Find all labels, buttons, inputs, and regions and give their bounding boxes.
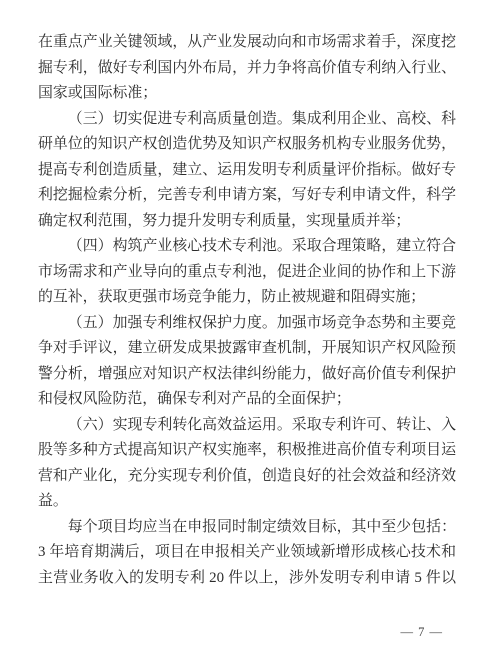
text-line: 营和产业化，充分实现专利价值，创造良好的社会效益和经济效 [38, 464, 456, 490]
text-line: 掘专利，做好专利国内外布局，并力争将高价值专利纳入行业、 [38, 56, 456, 82]
text-block: 在重点产业关键领域，从产业发展动向和市场需求着手，深度挖掘专利，做好专利国内外布… [38, 30, 456, 591]
text-line: 争对手评议，建立研发成果披露审查机制，开展知识产权风险预 [38, 336, 456, 362]
text-line: 警分析，增强应对知识产权法律纠纷能力，做好高价值专利保护 [38, 362, 456, 388]
text-line: 每个项目均应当在申报同时制定绩效目标，其中至少包括： [38, 515, 456, 541]
text-line: 益。 [38, 489, 456, 515]
text-line: （六）实现专利转化高效益运用。采取专利许可、转让、入 [38, 413, 456, 439]
item-3-paragraph: （三）切实促进专利高质量创造。集成利用企业、高校、科研单位的知识产权创造优势及知… [38, 107, 456, 235]
text-line: （三）切实促进专利高质量创造。集成利用企业、高校、科 [38, 107, 456, 133]
text-line: 提高专利创造质量，建立、运用发明专利质量评价指标。做好专 [38, 158, 456, 184]
text-line: 研单位的知识产权创造优势及知识产权服务机构专业服务优势， [38, 132, 456, 158]
performance-target-paragraph: 每个项目均应当在申报同时制定绩效目标，其中至少包括：3 年培育期满后，项目在申报… [38, 515, 456, 592]
text-line: 确定权利范围，努力提升发明专利质量，实现量质并举； [38, 209, 456, 235]
text-line: 3 年培育期满后，项目在申报相关产业领域新增形成核心技术和 [38, 540, 456, 566]
item-6-paragraph: （六）实现专利转化高效益运用。采取专利许可、转让、入股等多种方式提高知识产权实施… [38, 413, 456, 515]
text-line: 股等多种方式提高知识产权实施率，积极推进高价值专利项目运 [38, 438, 456, 464]
item-5-paragraph: （五）加强专利维权保护力度。加强市场竞争态势和主要竞争对手评议，建立研发成果披露… [38, 311, 456, 413]
text-line: （四）构筑产业核心技术专利池。采取合理策略，建立符合 [38, 234, 456, 260]
text-line: 在重点产业关键领域，从产业发展动向和市场需求着手，深度挖 [38, 30, 456, 56]
page-number: — 7 — [401, 624, 444, 640]
continuation-paragraph: 在重点产业关键领域，从产业发展动向和市场需求着手，深度挖掘专利，做好专利国内外布… [38, 30, 456, 107]
item-4-paragraph: （四）构筑产业核心技术专利池。采取合理策略，建立符合市场需求和产业导向的重点专利… [38, 234, 456, 311]
text-line: 和侵权风险防范，确保专利对产品的全面保护； [38, 387, 456, 413]
text-line: 利挖掘检索分析，完善专利申请方案，写好专利申请文件，科学 [38, 183, 456, 209]
text-line: （五）加强专利维权保护力度。加强市场竞争态势和主要竞 [38, 311, 456, 337]
text-line: 国家或国际标准； [38, 81, 456, 107]
text-line: 市场需求和产业导向的重点专利池，促进企业间的协作和上下游 [38, 260, 456, 286]
document-page: 在重点产业关键领域，从产业发展动向和市场需求着手，深度挖掘专利，做好专利国内外布… [0, 0, 492, 661]
text-line: 的互补，获取更强市场竞争能力，防止被规避和阻碍实施； [38, 285, 456, 311]
text-line: 主营业务收入的发明专利 20 件以上，涉外发明专利申请 5 件以 [38, 566, 456, 592]
